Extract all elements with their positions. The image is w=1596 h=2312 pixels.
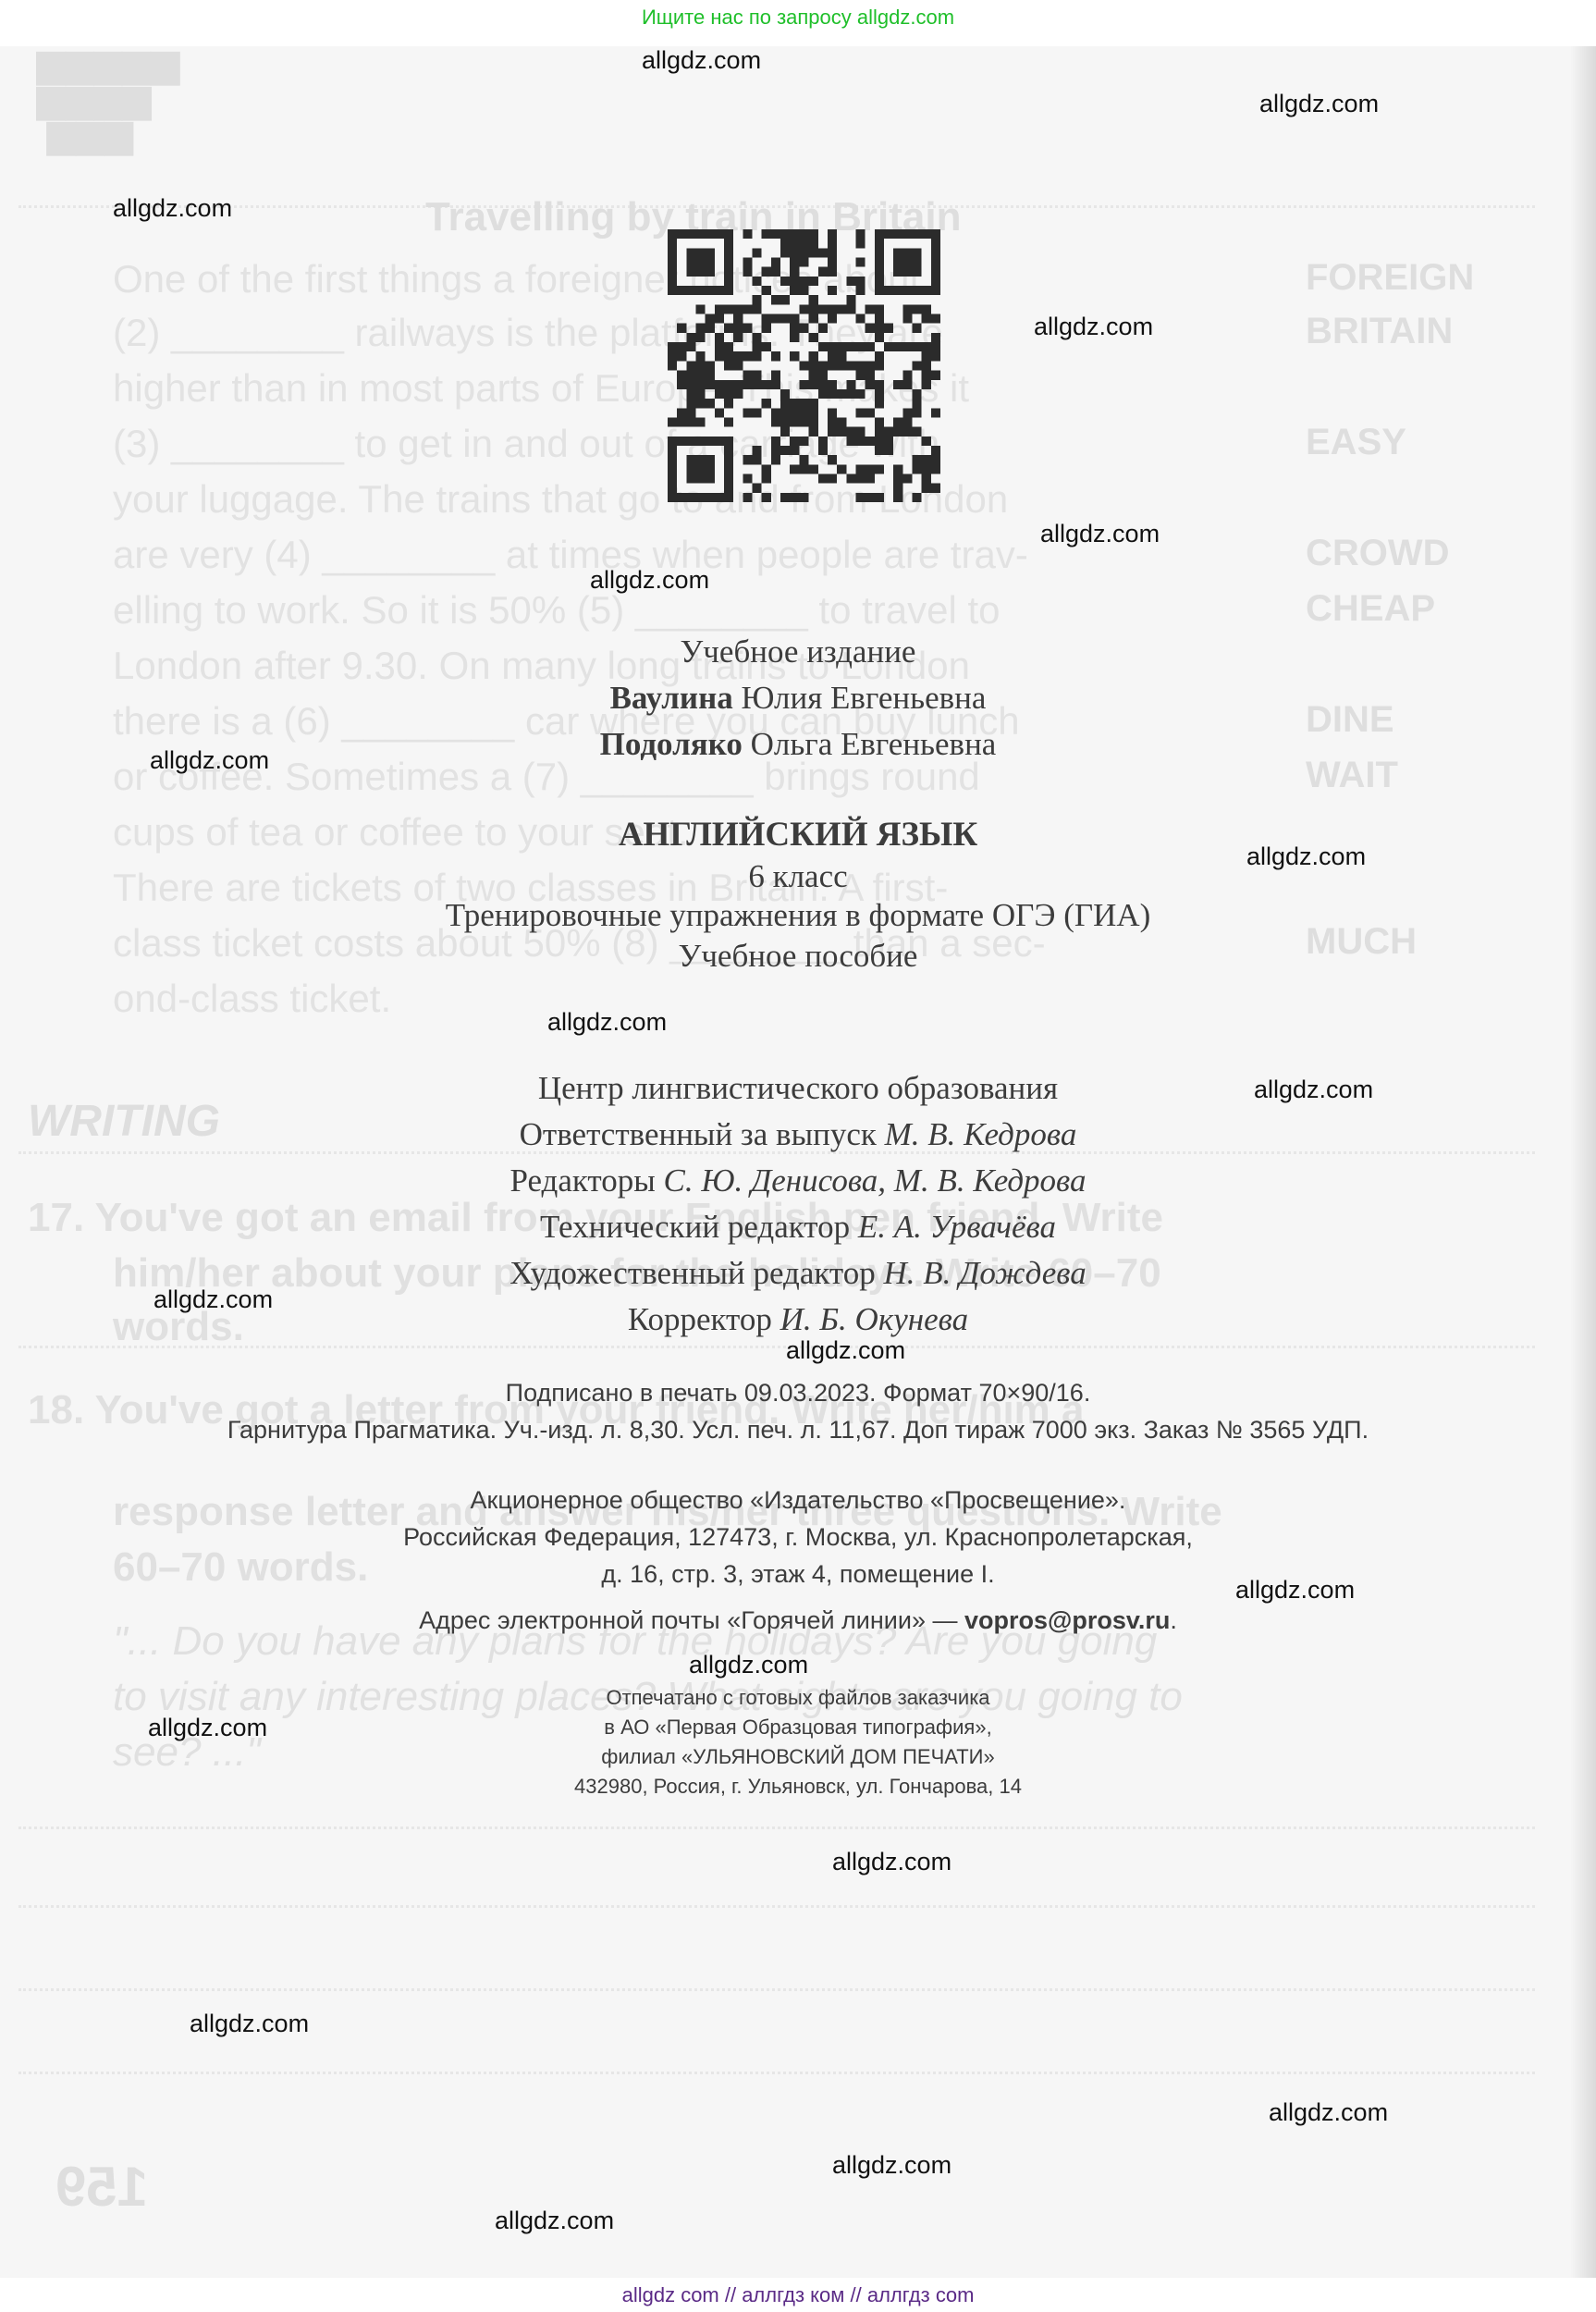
search-hint: Ищите нас по запросу allgdz.com [642, 6, 954, 30]
book-type: Учебное пособие [0, 936, 1596, 977]
watermark: allgdz.com [832, 1848, 951, 1876]
watermark: allgdz.com [832, 2151, 951, 2180]
publisher-info: Акционерное общество «Издательство «Прос… [0, 1482, 1596, 1639]
watermark: allgdz.com [689, 1651, 808, 1679]
watermark: allgdz.com [1034, 313, 1153, 341]
divider [18, 1346, 1535, 1348]
watermark: allgdz.com [1254, 1076, 1373, 1104]
qr-code-icon [668, 229, 940, 502]
watermark: allgdz.com [190, 2010, 309, 2038]
watermark: allgdz.com [547, 1008, 667, 1037]
author-1-surname: Ваулина [610, 680, 733, 716]
bleed-word: CHEAP [1306, 588, 1435, 630]
credit-role: Корректор [628, 1301, 772, 1337]
credit-name: И. Б. Окунева [780, 1301, 968, 1337]
imprint-title: АНГЛИЙСКИЙ ЯЗЫК 6 класс Тренировочные уп… [0, 812, 1596, 977]
site-links[interactable]: allgdz com // аллгдз ком // аллгдз com [622, 2283, 975, 2307]
author-2-name: Ольга Евгеньевна [751, 726, 997, 762]
bleed-line: elling to work. So it is 50% (5) _______… [113, 588, 1001, 633]
print-details: Гарнитура Прагматика. Уч.-изд. л. 8,30. … [0, 1411, 1596, 1448]
watermark: allgdz.com [150, 746, 269, 775]
hotline-end: . [1170, 1606, 1177, 1634]
bleed-line: are very (4) ________ at times when peop… [113, 533, 1028, 577]
credit-role: Редакторы [509, 1162, 655, 1199]
publisher-address-1: Российская Федерация, 127473, г. Москва,… [0, 1519, 1596, 1556]
bleed-page-number: 159 [55, 2155, 148, 2219]
bleed-word: EASY [1306, 422, 1406, 463]
hotline-label: Адрес электронной почты «Горячей линии» … [419, 1606, 964, 1634]
top-banner: Ищите нас по запросу allgdz.com [0, 0, 1596, 46]
credit-name: Е. А. Урвачёва [858, 1209, 1056, 1245]
watermark: allgdz.com [113, 194, 232, 223]
watermark: allgdz.com [1246, 842, 1366, 871]
divider [18, 1905, 1535, 1908]
watermark: allgdz.com [1235, 1576, 1355, 1605]
watermark: allgdz.com [153, 1285, 273, 1314]
subtitle: Тренировочные упражнения в формате ОГЭ (… [0, 895, 1596, 936]
author-2-surname: Подоляко [600, 726, 743, 762]
watermark: allgdz.com [590, 566, 709, 595]
edition-type: Учебное издание [0, 629, 1596, 675]
bleed-word: CROWD [1306, 533, 1450, 574]
watermark: allgdz.com [1040, 520, 1160, 548]
bottom-banner: allgdz com // аллгдз ком // аллгдз com [0, 2278, 1596, 2312]
watermark: allgdz.com [1259, 90, 1379, 118]
credit-role: Технический редактор [540, 1209, 850, 1245]
watermark: allgdz.com [495, 2207, 614, 2235]
credit-role: Ответственный за выпуск [520, 1116, 877, 1152]
watermark: allgdz.com [148, 1714, 267, 1742]
bleed-word: FOREIGN [1306, 257, 1474, 299]
printer-line-1: Отпечатано с готовых файлов заказчика [0, 1683, 1596, 1713]
publisher-name: Акционерное общество «Издательство «Прос… [0, 1482, 1596, 1519]
watermark: allgdz.com [1269, 2098, 1388, 2127]
bleed-word: BRITAIN [1306, 311, 1453, 352]
divider [18, 2072, 1535, 2074]
credit-role: Художественный редактор [509, 1255, 876, 1291]
credit-name: Н. В. Дождева [884, 1255, 1087, 1291]
divider [18, 1826, 1535, 1829]
printer-line-4: 432980, Россия, г. Ульяновск, ул. Гончар… [0, 1772, 1596, 1802]
hotline-email[interactable]: vopros@prosv.ru [964, 1606, 1170, 1634]
spotlight-logo-bleed: ▆▆▆▆▆▆▆▆▆ ▆▆▆ [37, 46, 179, 152]
print-info: Подписано в печать 09.03.2023. Формат 70… [0, 1374, 1596, 1448]
publisher-address-2: д. 16, стр. 3, этаж 4, помещение I. [0, 1556, 1596, 1593]
print-signed: Подписано в печать 09.03.2023. Формат 70… [0, 1374, 1596, 1411]
bleed-line: ond-class ticket. [113, 977, 391, 1021]
credit-line: Технический редактор Е. А. Урвачёва [0, 1204, 1596, 1250]
printer-line-3: филиал «УЛЬЯНОВСКИЙ ДОМ ПЕЧАТИ» [0, 1742, 1596, 1772]
divider [18, 1988, 1535, 1991]
watermark: allgdz.com [786, 1336, 905, 1365]
printer-info: Отпечатано с готовых файлов заказчика в … [0, 1683, 1596, 1802]
credit-line: Ответственный за выпуск М. В. Кедрова [0, 1112, 1596, 1158]
author-1: Ваулина Юлия Евгеньевна [0, 675, 1596, 721]
credit-line: Редакторы С. Ю. Денисова, М. В. Кедрова [0, 1158, 1596, 1204]
hotline: Адрес электронной почты «Горячей линии» … [0, 1602, 1596, 1639]
credit-name: М. В. Кедрова [885, 1116, 1077, 1152]
watermark: allgdz.com [642, 46, 761, 75]
credit-name: С. Ю. Денисова, М. В. Кедрова [664, 1162, 1087, 1199]
book-page-scan: ▆▆▆▆▆▆▆▆▆ ▆▆▆ Travelling by train in Bri… [0, 46, 1596, 2278]
author-1-name: Юлия Евгеньевна [742, 680, 987, 716]
